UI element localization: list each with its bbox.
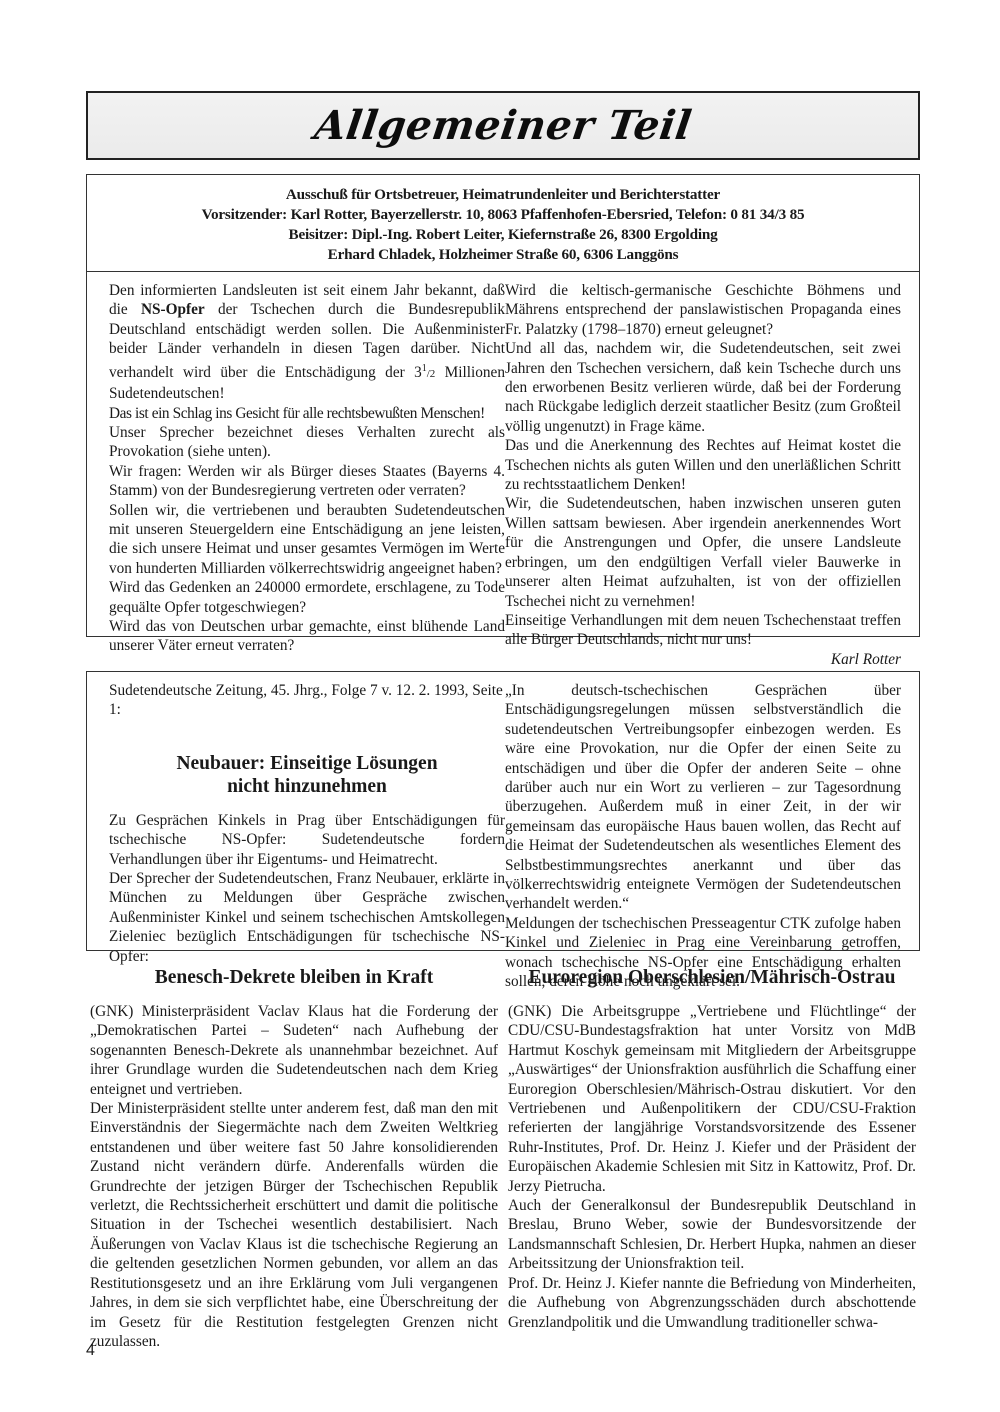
editorial-paragraph: Wir fragen: Werden wir als Bürger dieses… bbox=[109, 462, 505, 501]
editorial-paragraph: Wird das Gedenken an 240000 ermordete, e… bbox=[109, 578, 505, 617]
article-paragraph: Prof. Dr. Heinz J. Kiefer nannte die Bef… bbox=[508, 1274, 916, 1332]
press-left-column: Sudetendeutsche Zeitung, 45. Jhrg., Folg… bbox=[109, 681, 505, 992]
press-paragraph: Zu Gesprächen Kinkels in Prag über Entsc… bbox=[109, 811, 505, 869]
article-euroregion: Euroregion Oberschlesien/Mährisch-Ostrau… bbox=[508, 966, 916, 1351]
section-title: Allgemeiner Teil bbox=[312, 102, 695, 149]
committee-member-1: Beisitzer: Dipl.-Ing. Robert Leiter, Kie… bbox=[87, 225, 919, 245]
article-headline: Benesch-Dekrete bleiben in Kraft bbox=[90, 966, 498, 990]
editorial-paragraph: Einseitige Verhandlungen mit dem neuen T… bbox=[505, 611, 901, 650]
committee-chair: Vorsitzender: Karl Rotter, Bayerzellerst… bbox=[87, 205, 919, 225]
editorial-paragraph: Das und die Anerkennung des Rechtes auf … bbox=[505, 436, 901, 494]
press-paragraph: Der Sprecher der Sudetendeutschen, Franz… bbox=[109, 869, 505, 966]
committee-editorial-box: Ausschuß für Ortsbetreuer, Heimatrundenl… bbox=[86, 174, 920, 637]
editorial-right-column: Wird die keltisch-germanische Geschichte… bbox=[505, 281, 901, 669]
editorial-paragraph: Unser Sprecher bezeichnet dieses Verhalt… bbox=[109, 423, 505, 462]
editorial-left-column: Den informierten Landsleuten ist seit ei… bbox=[109, 281, 505, 669]
news-articles: Benesch-Dekrete bleiben in Kraft (GNK) M… bbox=[86, 966, 920, 1351]
editorial-paragraph: Wird das von Deutschen urbar gemachte, e… bbox=[109, 617, 505, 656]
committee-name: Ausschuß für Ortsbetreuer, Heimatrundenl… bbox=[87, 185, 919, 205]
article-paragraph: Der Ministerpräsident stellte unter ande… bbox=[90, 1099, 498, 1351]
article-paragraph: Auch der Generalkonsul der Bundesrepubli… bbox=[508, 1196, 916, 1274]
editorial-paragraph: Den informierten Landsleuten ist seit ei… bbox=[109, 281, 505, 404]
article-paragraph: (GNK) Die Arbeitsgruppe „Vertriebene und… bbox=[508, 1002, 916, 1196]
press-source: Sudetendeutsche Zeitung, 45. Jhrg., Folg… bbox=[109, 681, 505, 720]
editorial-paragraph: Und all das, nachdem wir, die Sudetendeu… bbox=[505, 339, 901, 436]
editorial-paragraph: Sollen wir, die vertriebenen und beraubt… bbox=[109, 501, 505, 579]
editorial-paragraph: Wir, die Sudetendeutschen, haben inzwisc… bbox=[505, 494, 901, 610]
section-title-banner: Allgemeiner Teil bbox=[86, 91, 920, 160]
article-headline: Euroregion Oberschlesien/Mährisch-Ostrau bbox=[508, 966, 916, 990]
committee-header: Ausschuß für Ortsbetreuer, Heimatrundenl… bbox=[87, 175, 919, 272]
editorial-signature: Karl Rotter bbox=[505, 650, 901, 669]
page-number: 4 bbox=[86, 1342, 95, 1360]
editorial-paragraph: Wird die keltisch-germanische Geschichte… bbox=[505, 281, 901, 339]
article-benesch: Benesch-Dekrete bleiben in Kraft (GNK) M… bbox=[90, 966, 498, 1351]
press-right-column: „In deutsch-tschechischen Gesprächen übe… bbox=[505, 681, 901, 992]
editorial-paragraph: Das ist ein Schlag ins Gesicht für alle … bbox=[109, 404, 505, 423]
article-paragraph: (GNK) Ministerpräsident Vaclav Klaus hat… bbox=[90, 1002, 498, 1099]
press-paragraph: „In deutsch-tschechischen Gesprächen übe… bbox=[505, 681, 901, 914]
press-headline: Neubauer: Einseitige Lösungen nicht hinz… bbox=[109, 752, 505, 798]
press-quote-box: Sudetendeutsche Zeitung, 45. Jhrg., Folg… bbox=[86, 671, 920, 951]
committee-member-2: Erhard Chladek, Holzheimer Straße 60, 63… bbox=[87, 245, 919, 265]
